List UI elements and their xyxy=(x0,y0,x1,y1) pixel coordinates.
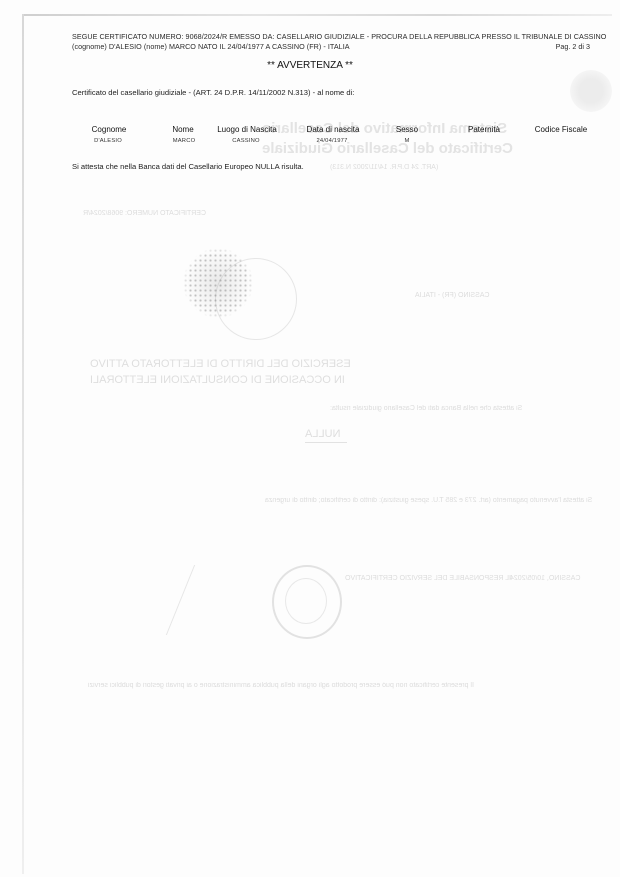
cell-data-nascita: 24/04/1977 xyxy=(316,138,347,144)
cell-sesso: M xyxy=(404,138,409,144)
bleed-footer-note: Il presente certificato non può essere p… xyxy=(88,682,474,689)
bleed-place-date: CASSINO, 10/05/2024 xyxy=(510,575,580,582)
bleed-attest-line: Si attesta che nella Banca dati del Case… xyxy=(330,405,522,412)
cell-luogo-nascita: CASSINO xyxy=(232,138,260,144)
bleed-heading-3: (ART. 24 D.P.R. 14/11/2002 N.313) xyxy=(330,164,438,171)
header-nome: Nome xyxy=(172,125,193,134)
bleed-cert-number: CERTIFICATO NUMERO: 9068/2024/R xyxy=(83,210,206,217)
scan-edge xyxy=(22,14,612,16)
header-luogo-nascita: Luogo di Nascita xyxy=(217,125,277,134)
bleed-nulla: NULLA xyxy=(305,428,340,440)
certificate-header-line-1: SEGUE CERTIFICATO NUMERO: 9068/2024/R EM… xyxy=(72,32,606,41)
header-paternita: Paternità xyxy=(468,125,500,134)
header-data-nascita: Data di nascita xyxy=(307,125,360,134)
bleed-reason-2: IN OCCASIONE DI CONSULTAZIONI ELETTORALI xyxy=(90,374,345,386)
bleed-reason-1: ESERCIZIO DEL DIRITTO DI ELETTORATO ATTI… xyxy=(90,358,351,370)
bleed-underline xyxy=(305,442,347,443)
bleed-heading-2: Certificato del Casellario Giudiziale xyxy=(262,140,513,157)
cell-nome: MARCO xyxy=(173,138,196,144)
bleed-fee-line: Si attesta l'avvenuto pagamento (art. 27… xyxy=(265,497,592,504)
cell-cognome: D'ALESIO xyxy=(94,138,122,144)
scan-edge xyxy=(22,14,24,874)
attestation-text: Si attesta che nella Banca dati del Case… xyxy=(72,162,304,171)
dotted-stamp-seal xyxy=(183,248,253,318)
bleed-signature-label: IL RESPONSABILE DEL SERVIZIO CERTIFICATI… xyxy=(345,575,511,582)
page-indicator: Pag. 2 di 3 xyxy=(556,42,590,51)
header-sesso: Sesso xyxy=(396,125,418,134)
header-cognome: Cognome xyxy=(92,125,127,134)
warning-title: ** AVVERTENZA ** xyxy=(0,60,620,71)
bleed-birthplace: CASSINO (FR) - ITALIA xyxy=(415,292,490,299)
header-codice-fiscale: Codice Fiscale xyxy=(535,125,587,134)
intro-text: Certificato del casellario giudiziale - … xyxy=(72,88,354,97)
seal-ghost xyxy=(272,565,342,639)
signature-ghost xyxy=(166,565,245,635)
certificate-page: Sistema Informativo del Casellario Certi… xyxy=(0,0,620,877)
certificate-header-line-2: (cognome) D'ALESIO (nome) MARCO NATO IL … xyxy=(72,42,350,51)
republic-emblem-ghost xyxy=(570,70,612,112)
